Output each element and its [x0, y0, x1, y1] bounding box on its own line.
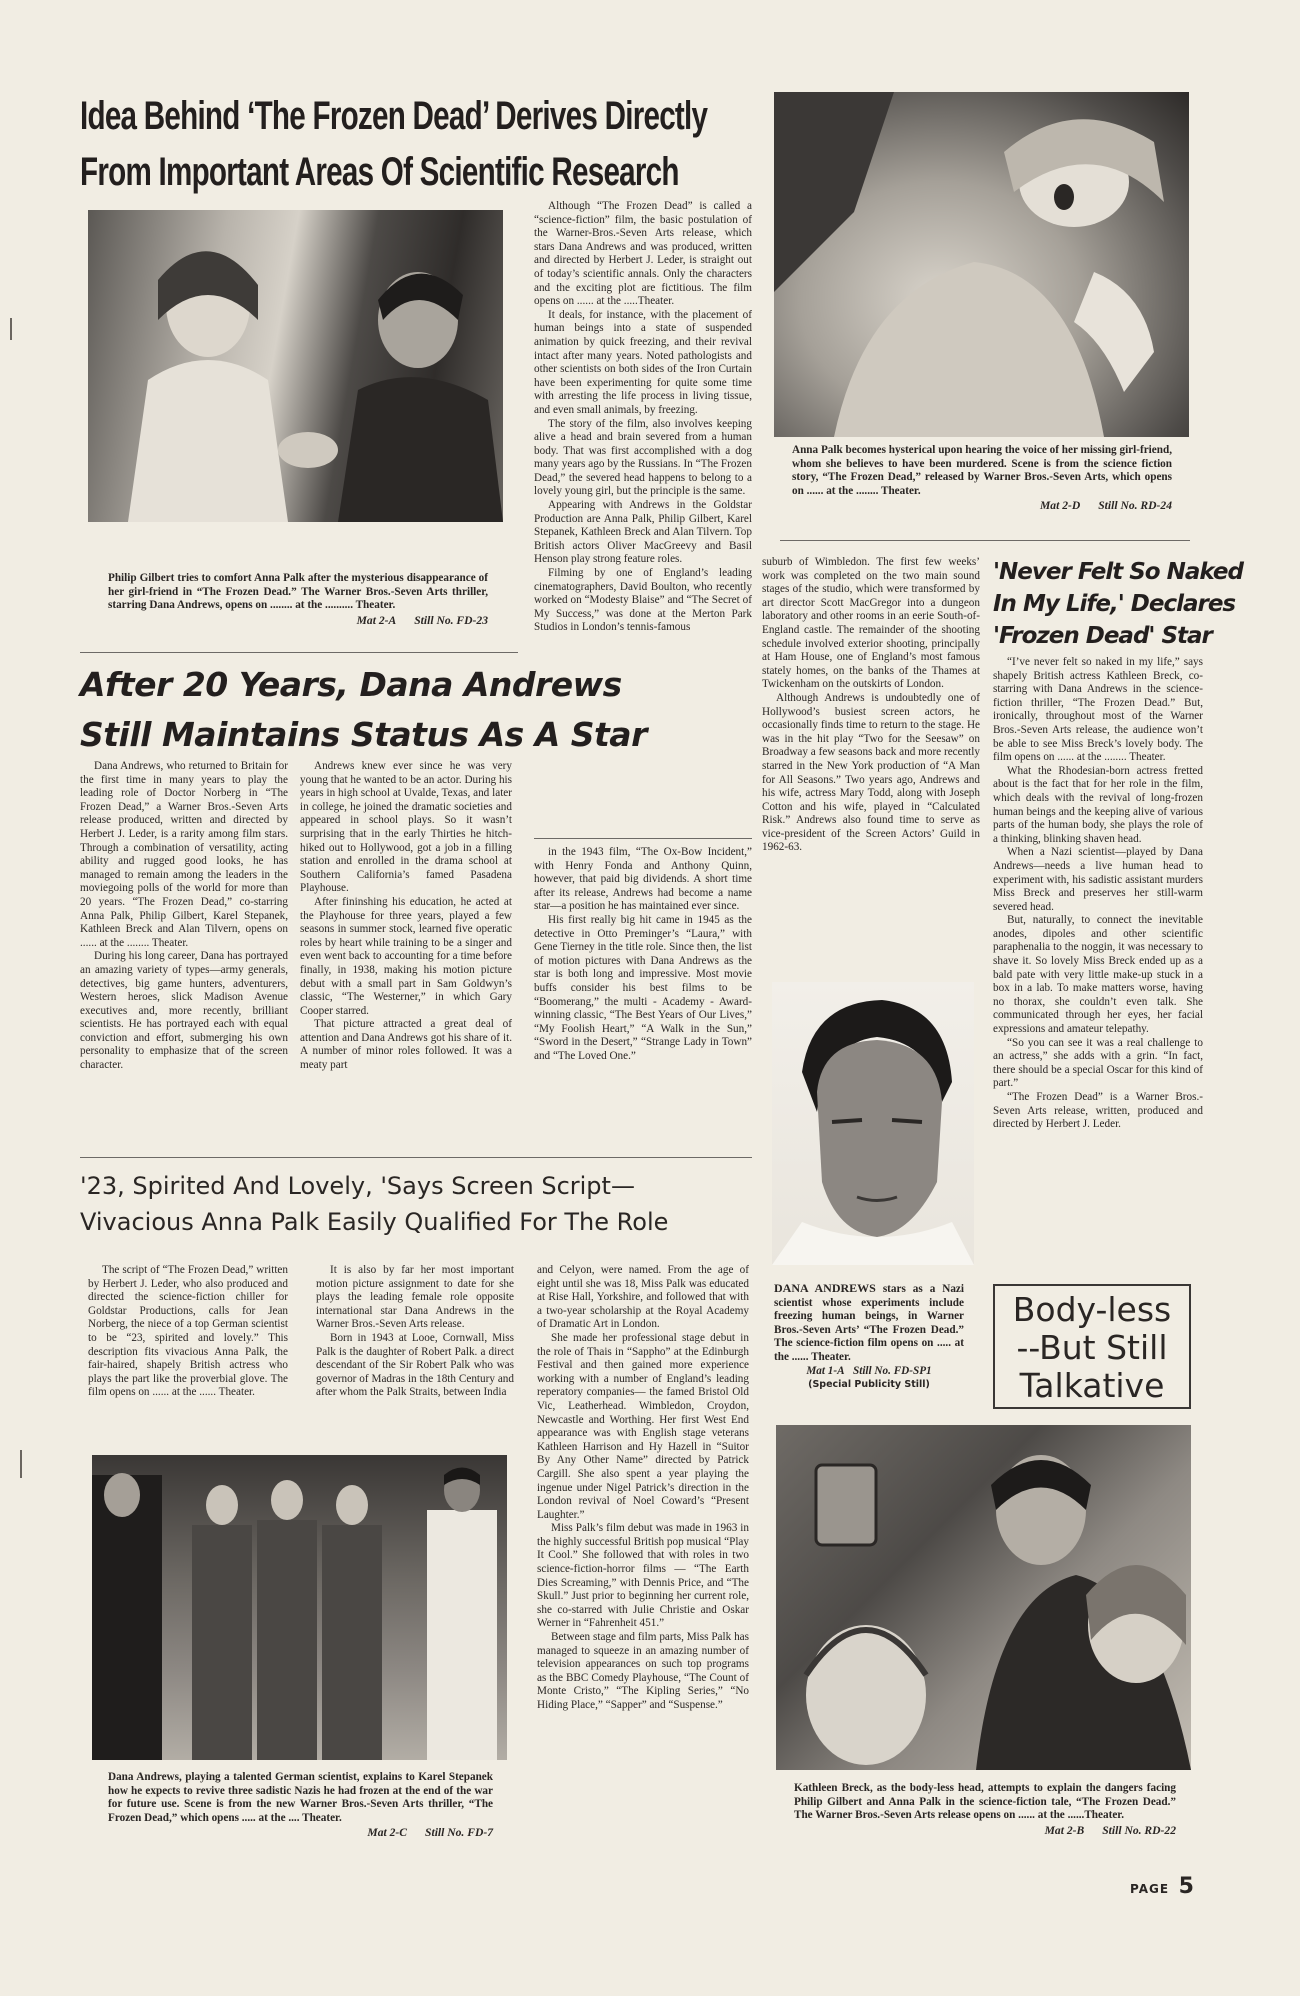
paragraph: Andrews knew ever since he was very youn… — [300, 760, 512, 896]
photo-gilbert-palk — [88, 210, 503, 522]
article2-col1: Dana Andrews, who returned to Britain fo… — [80, 760, 288, 1073]
photo-gilbert-palk-image — [88, 210, 503, 522]
paragraph: suburb of Wimbledon. The first few weeks… — [762, 556, 980, 692]
article3-headline-line2: In My Life,' Declares — [993, 588, 1243, 620]
still-number: Still No. FD-7 — [425, 1826, 493, 1839]
paragraph: Between stage and film parts, Miss Palk … — [537, 1631, 749, 1713]
mat-number: Mat 2-B — [1045, 1824, 1085, 1837]
paragraph: It is also by far her most important mot… — [316, 1264, 514, 1332]
article4-headline-line2: Vivacious Anna Palk Easily Qualified For… — [80, 1204, 668, 1240]
still-number: Still No. RD-22 — [1102, 1824, 1176, 1837]
article1-headline-line1: Idea Behind ‘The Frozen Dead’ Derives Di… — [80, 88, 707, 144]
divider — [80, 1157, 752, 1158]
paragraph: Miss Palk’s film debut was made in 1963 … — [537, 1522, 749, 1631]
photo-bodyless-head — [776, 1425, 1191, 1770]
photo-credit: Mat 2-BStill No. RD-22 — [794, 1824, 1176, 1838]
paragraph: The script of “The Frozen Dead,” written… — [88, 1264, 288, 1400]
paragraph: His first really big hit came in 1945 as… — [534, 914, 752, 1064]
paragraph: Filming by one of England’s leading cine… — [534, 567, 752, 635]
article2-col2: Andrews knew ever since he was very youn… — [300, 760, 512, 1073]
photo-frozen-nazis-caption: Dana Andrews, playing a talented German … — [108, 1771, 493, 1840]
article3-headline-line1: 'Never Felt So Naked — [993, 556, 1243, 588]
article2-headline: After 20 Years, Dana Andrews Still Maint… — [80, 660, 647, 760]
article4-col3: and Celyon, were named. From the age of … — [537, 1264, 749, 1713]
article4-col2: It is also by far her most important mot… — [316, 1264, 514, 1400]
boxed-headline-text: Body-less --But Still Talkative — [995, 1286, 1189, 1405]
photo-dana-andrews-caption: DANA ANDREWS stars as a Nazi scientist w… — [774, 1282, 964, 1392]
still-number: Still No. RD-24 — [1098, 499, 1172, 512]
article1-continuation: suburb of Wimbledon. The first few weeks… — [762, 556, 980, 855]
paragraph: “The Frozen Dead” is a Warner Bros.-Seve… — [993, 1091, 1203, 1132]
article2-headline-line2: Still Maintains Status As A Star — [80, 710, 647, 760]
caption-text: DANA ANDREWS stars as a Nazi scientist w… — [774, 1282, 964, 1365]
still-number: Still No. FD-23 — [414, 614, 488, 627]
article1-headline-line2: From Important Areas Of Scientific Resea… — [80, 144, 707, 200]
caption-lead: DANA ANDREWS — [774, 1281, 876, 1295]
photo-credit: Mat 2-CStill No. FD-7 — [108, 1826, 493, 1840]
paragraph: Born in 1943 at Looe, Cornwall, Miss Pal… — [316, 1332, 514, 1400]
photo-anna-palk-image — [774, 92, 1189, 437]
paragraph: When a Nazi scientist—played by Dana And… — [993, 846, 1203, 914]
boxed-headline-line1: Body-less — [995, 1291, 1189, 1329]
paragraph: That picture attracted a great deal of a… — [300, 1018, 512, 1072]
still-number: Still No. FD-SP1 — [853, 1365, 932, 1377]
photo-dana-andrews-image — [772, 982, 974, 1265]
page-number: PAGE 5 — [1130, 1874, 1194, 1899]
paragraph: After fininshing his education, he acted… — [300, 896, 512, 1018]
article4-headline: '23, Spirited And Lovely, 'Says Screen S… — [80, 1168, 668, 1240]
boxed-headline: Body-less --But Still Talkative — [993, 1284, 1191, 1409]
mat-number: Mat 2-D — [1040, 499, 1080, 512]
photo-frozen-nazis — [92, 1455, 507, 1760]
paragraph: But, naturally, to connect the inevitabl… — [993, 914, 1203, 1036]
article3-body: “I’ve never felt so naked in my life,” s… — [993, 656, 1203, 1132]
boxed-headline-line2: --But Still — [995, 1329, 1189, 1367]
article2-headline-line1: After 20 Years, Dana Andrews — [80, 660, 647, 710]
photo-dana-andrews-portrait — [772, 982, 974, 1265]
page-label: PAGE — [1130, 1882, 1169, 1896]
article1-headline: Idea Behind ‘The Frozen Dead’ Derives Di… — [80, 88, 707, 200]
binding-mark — [20, 1450, 22, 1478]
paragraph: During his long career, Dana has portray… — [80, 950, 288, 1072]
photo-credit: Mat 2-DStill No. RD-24 — [792, 499, 1172, 513]
photo-credit: Mat 1-A Still No. FD-SP1 — [774, 1365, 964, 1379]
article2-col3: in the 1943 film, “The Ox-Bow Incident,”… — [534, 846, 752, 1064]
paragraph: “So you can see it was a real challenge … — [993, 1037, 1203, 1091]
article4-col1: The script of “The Frozen Dead,” written… — [88, 1264, 288, 1400]
caption-text: Anna Palk becomes hysterical upon hearin… — [792, 444, 1172, 498]
photo-credit: Mat 2-AStill No. FD-23 — [108, 614, 488, 628]
article1-body: Although “The Frozen Dead” is called a “… — [534, 200, 752, 635]
mat-number: Mat 2-C — [367, 1826, 407, 1839]
divider — [534, 838, 752, 839]
article4-headline-line1: '23, Spirited And Lovely, 'Says Screen S… — [80, 1168, 668, 1204]
paragraph: Appearing with Andrews in the Goldstar P… — [534, 499, 752, 567]
caption-text: Kathleen Breck, as the body-less head, a… — [794, 1782, 1176, 1823]
divider — [780, 540, 1190, 541]
paragraph: Although “The Frozen Dead” is called a “… — [534, 200, 752, 309]
paragraph: Dana Andrews, who returned to Britain fo… — [80, 760, 288, 950]
paragraph: “I’ve never felt so naked in my life,” s… — [993, 656, 1203, 765]
article3-headline: 'Never Felt So Naked In My Life,' Declar… — [993, 556, 1243, 652]
paragraph: She made her professional stage debut in… — [537, 1332, 749, 1522]
photo-gilbert-palk-caption: Philip Gilbert tries to comfort Anna Pal… — [108, 572, 488, 627]
paragraph: What the Rhodesian-born actress fretted … — [993, 765, 1203, 847]
boxed-headline-line3: Talkative — [995, 1367, 1189, 1405]
divider — [80, 652, 518, 653]
special-publicity-note: (Special Publicity Still) — [774, 1378, 964, 1392]
page-number-value: 5 — [1179, 1874, 1194, 1899]
paragraph: in the 1943 film, “The Ox-Bow Incident,”… — [534, 846, 752, 914]
photo-bodyless-head-image — [776, 1425, 1191, 1770]
mat-number: Mat 1-A — [806, 1365, 844, 1377]
mat-number: Mat 2-A — [357, 614, 397, 627]
photo-anna-palk-caption: Anna Palk becomes hysterical upon hearin… — [792, 444, 1172, 513]
photo-bodyless-head-caption: Kathleen Breck, as the body-less head, a… — [794, 1782, 1176, 1837]
photo-frozen-nazis-image — [92, 1455, 507, 1760]
paragraph: The story of the film, also involves kee… — [534, 418, 752, 500]
article3-headline-line3: 'Frozen Dead' Star — [993, 620, 1243, 652]
paragraph: and Celyon, were named. From the age of … — [537, 1264, 749, 1332]
paragraph: Although Andrews is undoubtedly one of H… — [762, 692, 980, 855]
photo-anna-palk-hysterical — [774, 92, 1189, 437]
caption-text: Dana Andrews, playing a talented German … — [108, 1771, 493, 1825]
binding-mark — [10, 318, 12, 340]
caption-text: Philip Gilbert tries to comfort Anna Pal… — [108, 572, 488, 613]
paragraph: It deals, for instance, with the placeme… — [534, 309, 752, 418]
